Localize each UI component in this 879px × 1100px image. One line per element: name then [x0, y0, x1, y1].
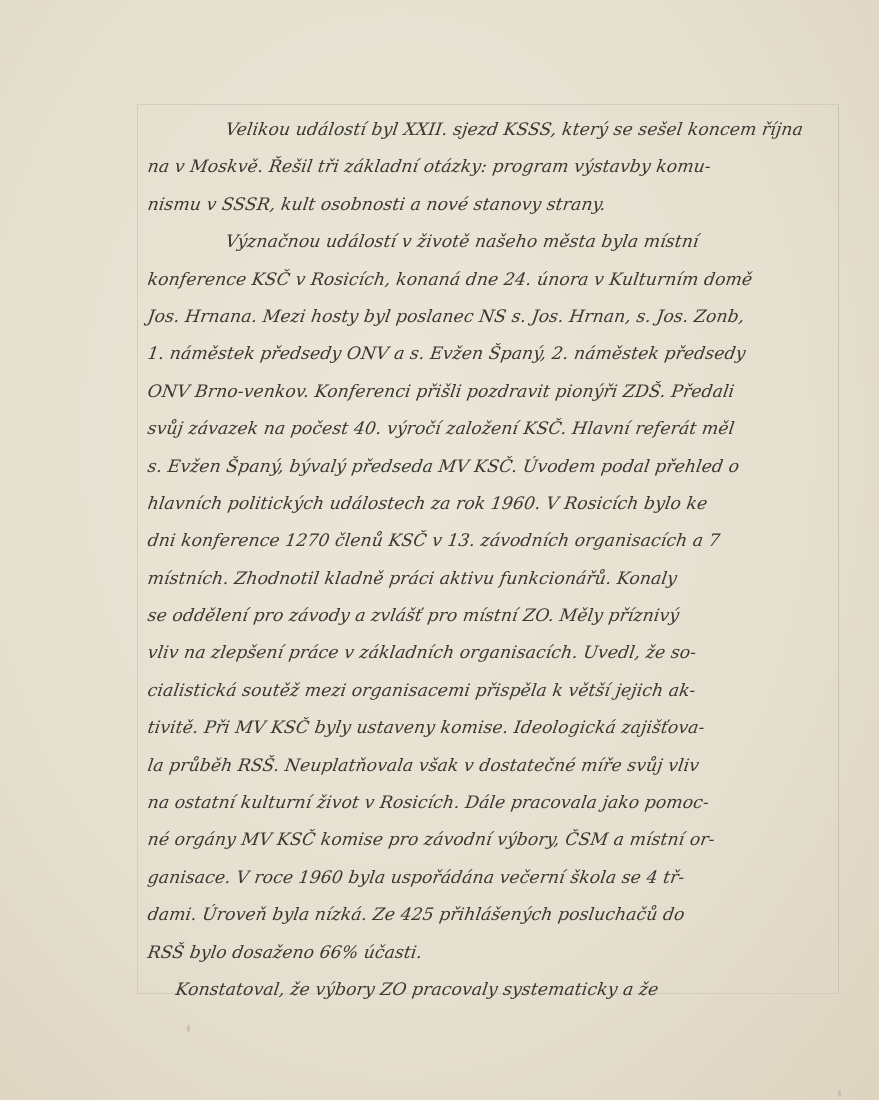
handwritten-text-block: Velikou událostí byl XXII. sjezd KSSS, k… — [145, 112, 835, 1009]
text-line: na v Moskvě. Řešil tři základní otázky: … — [145, 149, 840, 186]
text-line: la průběh RSŠ. Neuplatňovala však v dost… — [145, 748, 840, 785]
text-line: s. Evžen Španý, bývalý předseda MV KSČ. … — [145, 449, 840, 486]
text-line: dni konference 1270 členů KSČ v 13. závo… — [145, 523, 840, 560]
paper-speck — [187, 1025, 190, 1032]
text-line: cialistická soutěž mezi organisacemi při… — [145, 673, 840, 710]
text-line: Konstatoval, že výbory ZO pracovaly syst… — [145, 972, 840, 1009]
text-line: Velikou událostí byl XXII. sjezd KSSS, k… — [145, 112, 840, 149]
text-line: se oddělení pro závody a zvlášť pro míst… — [145, 598, 840, 635]
paper-speck — [838, 1090, 841, 1097]
text-line: né orgány MV KSČ komise pro závodní výbo… — [145, 822, 840, 859]
chronicle-page: Velikou událostí byl XXII. sjezd KSSS, k… — [0, 0, 879, 1100]
text-line: dami. Úroveň byla nízká. Ze 425 přihláše… — [145, 897, 840, 934]
text-line: místních. Zhodnotil kladně práci aktivu … — [145, 561, 840, 598]
text-line: hlavních politických událostech za rok 1… — [145, 486, 840, 523]
text-line: nismu v SSSR, kult osobnosti a nové stan… — [145, 187, 840, 224]
text-line: RSŠ bylo dosaženo 66% účasti. — [145, 935, 840, 972]
text-line: ganisace. V roce 1960 byla uspořádána ve… — [145, 860, 840, 897]
text-line: vliv na zlepšení práce v základních orga… — [145, 635, 840, 672]
text-line: konference KSČ v Rosicích, konaná dne 24… — [145, 262, 840, 299]
text-line: 1. náměstek předsedy ONV a s. Evžen Špan… — [145, 336, 840, 373]
text-line: Jos. Hrnana. Mezi hosty byl poslanec NS … — [145, 299, 840, 336]
text-line: tivitě. Při MV KSČ byly ustaveny komise.… — [145, 710, 840, 747]
text-line: Význačnou událostí v životě našeho města… — [145, 224, 840, 261]
text-line: ONV Brno-venkov. Konferenci přišli pozdr… — [145, 374, 840, 411]
text-line: svůj závazek na počest 40. výročí založe… — [145, 411, 840, 448]
text-line: na ostatní kulturní život v Rosicích. Dá… — [145, 785, 840, 822]
